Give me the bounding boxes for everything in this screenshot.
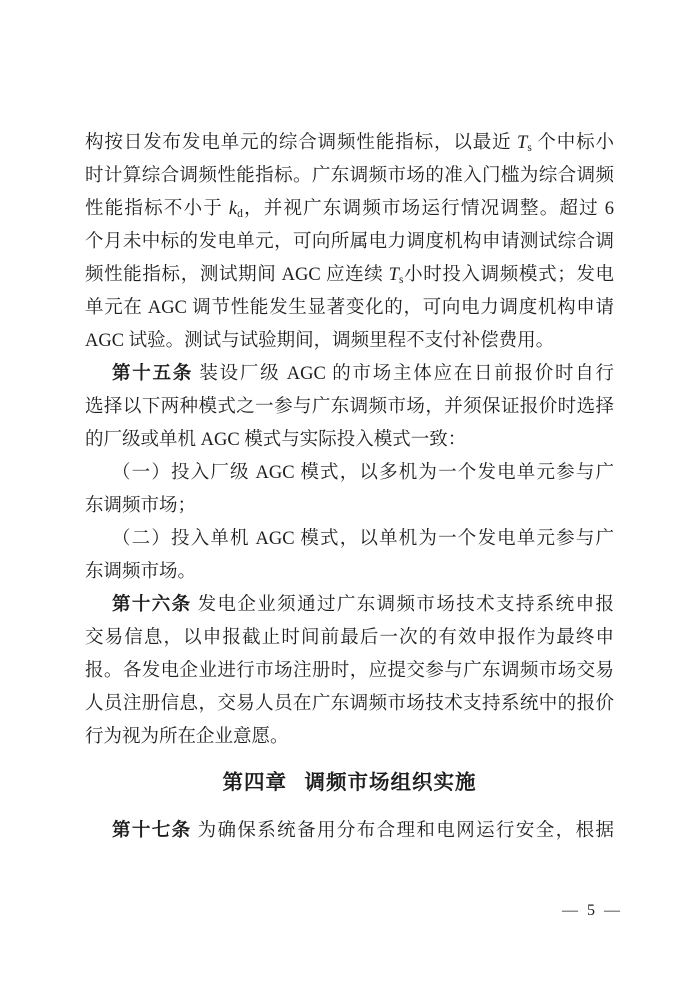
text-line: 交易信息，以申报截止时间前最后一次的有效申报作为最终申 <box>85 622 614 655</box>
line-text: 构按日发布发电单元的综合调频性能指标，以最近 <box>85 133 517 153</box>
variable-T: T <box>517 133 527 153</box>
text-line: （二）投入单机 AGC 模式，以单机为一个发电单元参与广 <box>85 523 614 556</box>
line-text: 小时投入调频模式；发电 <box>403 265 614 285</box>
variable-T: T <box>389 265 399 285</box>
text-line: 构按日发布发电单元的综合调频性能指标，以最近 Ts 个中标小 <box>85 127 614 160</box>
text-line: 报。各发电企业进行市场注册时，应提交参与广东调频市场交易 <box>85 655 614 688</box>
text-line: 第十七条 为确保系统备用分布合理和电网运行安全，根据 <box>85 815 614 848</box>
page-number: — 5 — <box>562 901 620 921</box>
article-number: 第十六条 <box>112 595 192 615</box>
line-text: 为确保系统备用分布合理和电网运行安全，根据 <box>192 821 614 841</box>
line-text: 个中标小 <box>532 133 614 153</box>
document-page: 构按日发布发电单元的综合调频性能指标，以最近 Ts 个中标小 时计算综合调频性能… <box>0 0 700 990</box>
text-line: 东调频市场。 <box>85 556 614 589</box>
line-text: ，并视广东调频市场运行情况调整。超过 6 <box>243 199 614 219</box>
variable-k: k <box>229 199 237 219</box>
text-line: 第十六条 发电企业须通过广东调频市场技术支持系统申报 <box>85 589 614 622</box>
text-line: 性能指标不小于 kd，并视广东调频市场运行情况调整。超过 6 <box>85 193 614 226</box>
text-line: 单元在 AGC 调节性能发生显著变化的，可向电力调度机构申请 <box>85 292 614 325</box>
chapter-heading: 第四章调频市场组织实施 <box>85 766 614 799</box>
text-line: 行为视为所在企业意愿。 <box>85 721 614 754</box>
article-number: 第十七条 <box>112 821 192 841</box>
chapter-title: 调频市场组织实施 <box>304 771 476 794</box>
line-text: 频性能指标，测试期间 AGC 应连续 <box>85 265 389 285</box>
chapter-number: 第四章 <box>223 771 288 794</box>
text-line: 频性能指标，测试期间 AGC 应连续 Ts小时投入调频模式；发电 <box>85 259 614 292</box>
document-body: 构按日发布发电单元的综合调频性能指标，以最近 Ts 个中标小 时计算综合调频性能… <box>85 127 614 848</box>
text-line: 时计算综合调频性能指标。广东调频市场的准入门槛为综合调频 <box>85 160 614 193</box>
article-number: 第十五条 <box>112 364 193 384</box>
line-text: 性能指标不小于 <box>85 199 229 219</box>
text-line: 的厂级或单机 AGC 模式与实际投入模式一致： <box>85 424 614 457</box>
text-line: 第十五条 装设厂级 AGC 的市场主体应在日前报价时自行 <box>85 358 614 391</box>
text-line: 人员注册信息，交易人员在广东调频市场技术支持系统中的报价 <box>85 688 614 721</box>
text-line: 东调频市场； <box>85 490 614 523</box>
text-line: AGC 试验。测试与试验期间，调频里程不支付补偿费用。 <box>85 325 614 358</box>
line-text: 装设厂级 AGC 的市场主体应在日前报价时自行 <box>193 364 614 384</box>
text-line: 个月未中标的发电单元，可向所属电力调度机构申请测试综合调 <box>85 226 614 259</box>
line-text: 发电企业须通过广东调频市场技术支持系统申报 <box>192 595 614 615</box>
text-line: 选择以下两种模式之一参与广东调频市场，并须保证报价时选择 <box>85 391 614 424</box>
text-line: （一）投入厂级 AGC 模式，以多机为一个发电单元参与广 <box>85 457 614 490</box>
